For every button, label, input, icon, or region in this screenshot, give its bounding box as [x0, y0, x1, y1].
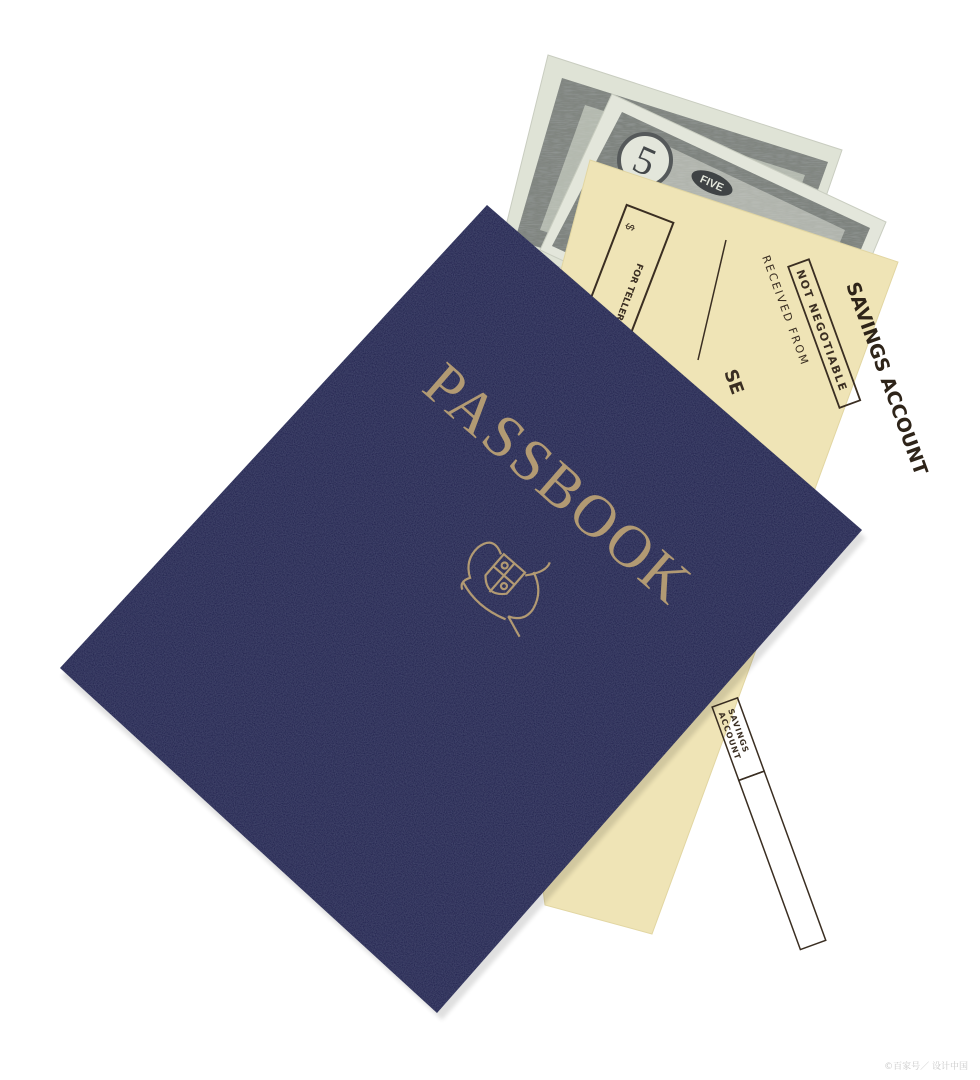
photo-scene: 5 FIVE $ FOR TELLER RECEIVED FROM SE NOT… — [0, 0, 980, 1080]
watermark: ©百家号／ 设计中国 — [884, 1059, 968, 1072]
lower-amount-box — [739, 771, 826, 949]
